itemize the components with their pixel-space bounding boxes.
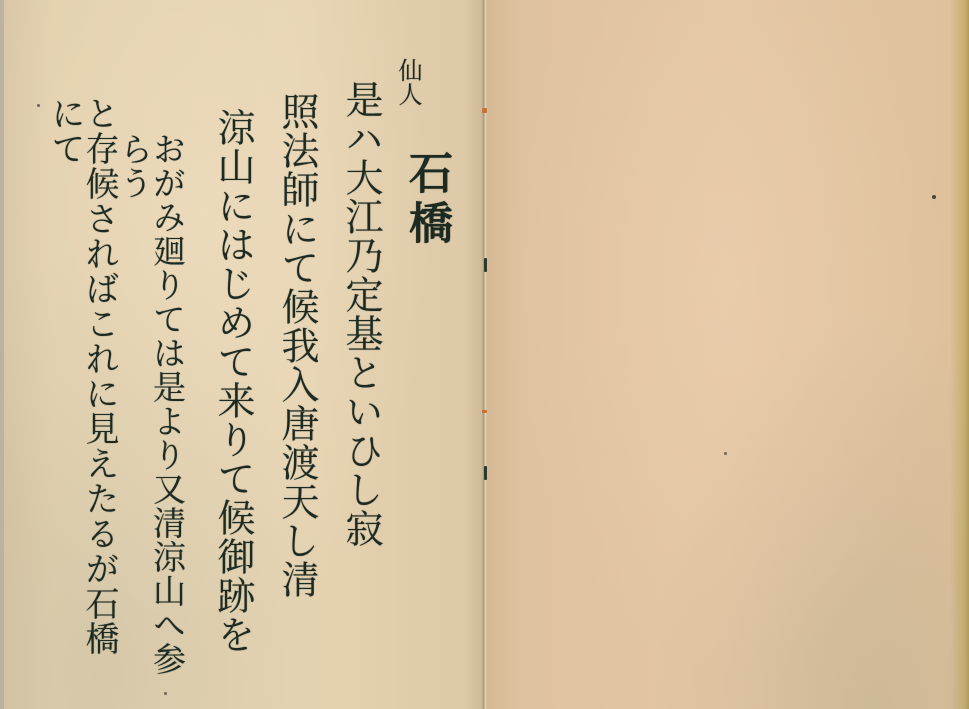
paper-speck [932,195,936,199]
text-column-4: おがみ廻りては是より又清涼山へ参らう [118,132,184,682]
left-page: 仙人 石橋 是ハ大江乃定基といひし寂 照法師にて候我入唐渡天し清 涼山にはじめて… [0,0,484,709]
text-column-1: 是ハ大江乃定基といひし寂 [342,80,380,620]
paper-speck [37,104,40,107]
text-column-2: 照法師にて候我入唐渡天し清 [278,92,316,652]
text-block: 仙人 石橋 是ハ大江乃定基といひし寂 照法師にて候我入唐渡天し清 涼山にはじめて… [0,0,484,709]
text-column-5: と存候さればこれに見えたるが石橋にて [48,96,116,656]
binding-stitch [484,258,487,272]
page-title: 石橋 [404,150,448,250]
text-column-3: 涼山にはじめて来りて候御跡を [214,108,252,668]
speaker-label: 仙人 [396,58,420,106]
right-page [484,0,969,709]
binding-thread [482,108,487,113]
binding-stitch [484,466,487,480]
paper-speck [724,452,727,455]
binding-thread [482,410,487,413]
paper-speck [164,692,167,695]
book-spread: 仙人 石橋 是ハ大江乃定基といひし寂 照法師にて候我入唐渡天し清 涼山にはじめて… [0,0,969,709]
binding-gutter [482,0,487,709]
